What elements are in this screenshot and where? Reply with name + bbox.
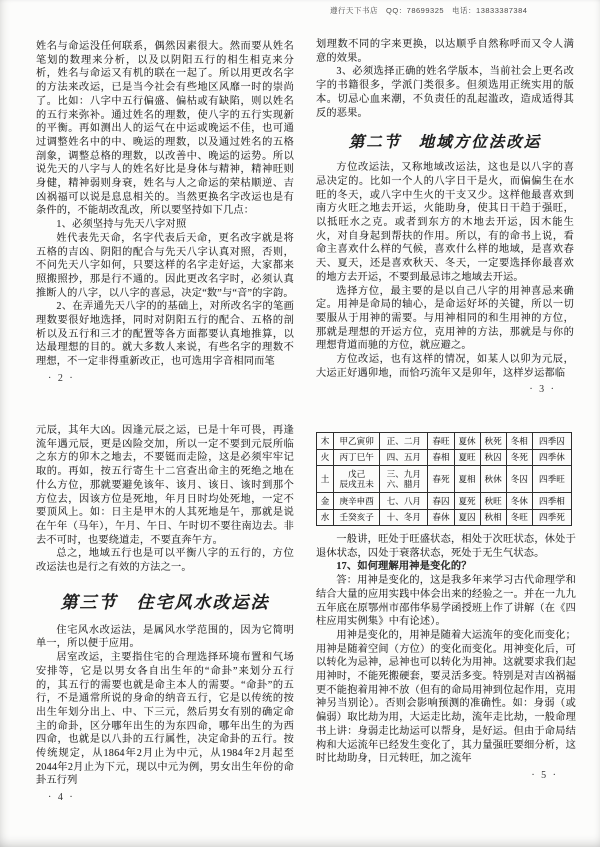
- table-cell: 四季相: [532, 493, 571, 510]
- body-paragraph: 2、在弄通先天八字的的基础上，对所改名字的笔画理数要很好地选择，同时对阴阳五行的…: [36, 300, 294, 369]
- table-row: 水 壬癸亥子 十、冬月 春休 夏囚 秋相 冬旺 四季死: [317, 509, 572, 526]
- table-cell: 戊己 辰戌丑未: [334, 466, 380, 493]
- table-cell: 秋休: [480, 466, 506, 493]
- table-cell: 木: [317, 433, 334, 450]
- scanned-book-spread: 遵行天下书店 QQ：78699325 电话：13833387384 姓名与命运没…: [0, 0, 600, 847]
- table-cell: 夏休: [454, 433, 480, 450]
- body-paragraph: 住宅风水改运法，是属风水学范围的，因为它简明单一，所以便于应用。: [36, 624, 294, 651]
- table-cell: 夏囚: [454, 509, 480, 526]
- table-cell: 秋相: [480, 509, 506, 526]
- body-paragraph: 总之，地域五行也是可以平衡八字的五行的，方位改运法也是行之有效的方法之一。: [36, 547, 294, 574]
- table-row: 木 甲乙寅卯 正、二月 春旺 夏休 秋死 冬相 四季囚: [317, 433, 572, 450]
- body-paragraph: 用神是变化的，用神是随着大运流年的变化而变化；用神是随着空间（方位）的变化而变化…: [316, 629, 576, 766]
- table-cell: 冬相: [506, 433, 532, 450]
- table-cell: 壬癸亥子: [334, 509, 380, 526]
- table-cell: 春囚: [428, 493, 454, 510]
- table-cell: 四、五月: [380, 449, 428, 466]
- page-number: · 5 ·: [316, 770, 576, 781]
- table-cell: 甲乙寅卯: [334, 433, 380, 450]
- table-cell: 土: [317, 466, 334, 493]
- table-cell: 十、冬月: [380, 509, 428, 526]
- body-paragraph: 姓名与命运没任何联系，偶然因素很大。然而要从姓名笔划的数理来分析，以及以阴阳五行…: [36, 40, 294, 218]
- table-cell: 四季死: [532, 509, 571, 526]
- body-paragraph: 元辰，其年大凶。因逢元辰之运，已是十年可畏，再逢流年遇元辰，更是凶险交加，所以一…: [36, 424, 294, 547]
- table-cell: 正、二月: [380, 433, 428, 450]
- table-cell: 春相: [428, 449, 454, 466]
- body-paragraph: 选择方位，最主要的是以自己八字的用神喜忌来确定。用神是命局的轴心，是命运好坏的关…: [316, 285, 574, 354]
- body-paragraph: 一般讲，旺处于旺盛状态，相处于次旺状态，休处于退休状态，囚处于衰落状态，死处于无…: [316, 533, 576, 560]
- page-4-fragment: 元辰，其年大凶。因逢元辰之运，已是十年可畏，再逢流年遇元辰，更是凶险交加，所以一…: [36, 424, 294, 803]
- table-cell: 丙丁巳午: [334, 449, 380, 466]
- body-paragraph: 划理数不同的字来更换，以达顺乎自然称呼而又令人满意的效果。: [316, 38, 574, 65]
- table-cell: 秋囚: [480, 449, 506, 466]
- table-cell: 水: [317, 509, 334, 526]
- body-paragraph: 方位改运法，又称地域改运法，这也是以八字的喜忌决定的。比如一个人的八字日干是火，…: [316, 161, 574, 284]
- body-paragraph: 答：用神是变化的，这是我多年来学习古代命理学和结合大量的应用实践中体会出来的经验…: [316, 574, 576, 629]
- table-cell: 三、九月 六、腊月: [380, 466, 428, 493]
- table-cell: 秋旺: [480, 493, 506, 510]
- table-cell: 庚辛申酉: [334, 493, 380, 510]
- table-row: 土 戊己 辰戌丑未 三、九月 六、腊月 春死 夏相 秋休 冬囚 四季旺: [317, 466, 572, 493]
- table-cell: 冬死: [506, 449, 532, 466]
- page-3-fragment: 划理数不同的字来更换，以达顺乎自然称呼而又令人满意的效果。 3、必须选择正确的姓…: [316, 38, 574, 395]
- body-paragraph: 方位改运，也有这样的情况，如某人以卯为元辰，大运正好遇卯地，而恰巧流年又是卯年，…: [316, 353, 574, 380]
- section-heading: 第三节 住宅风水改运法: [36, 588, 294, 613]
- table-cell: 夏死: [454, 493, 480, 510]
- table-row: 火 丙丁巳午 四、五月 春相 夏旺 秋囚 冬死 四季休: [317, 449, 572, 466]
- page-number: · 2 ·: [36, 373, 294, 384]
- table-cell: 春旺: [428, 433, 454, 450]
- table-cell: 冬休: [506, 493, 532, 510]
- table-cell: 冬囚: [506, 466, 532, 493]
- page-number: · 4 ·: [36, 792, 294, 803]
- section-heading: 第二节 地域方位法改运: [316, 130, 574, 152]
- table-cell: 冬旺: [506, 509, 532, 526]
- table-row: 金 庚辛申酉 七、八月 春囚 夏死 秋旺 冬休 四季相: [317, 493, 572, 510]
- question-heading: 17、如何理解用神是变化的？: [316, 560, 576, 574]
- page-2-fragment: 姓名与命运没任何联系，偶然因素很大。然而要从姓名笔划的数理来分析，以及以阴阳五行…: [36, 40, 294, 384]
- table-cell: 火: [317, 449, 334, 466]
- header-contact-info: 遵行天下书店 QQ：78699325 电话：13833387384: [330, 5, 527, 16]
- body-paragraph: 居室改运，主要指住宅的合理选择环境布置和气场安排等，它是以男女各自出生年的“命卦…: [36, 651, 294, 788]
- numbered-point: 3、必须选择正确的姓名学版本，当前社会上更名改字的书籍很多，学派门类很多。但须选…: [316, 65, 574, 120]
- table-cell: 四季旺: [532, 466, 571, 493]
- table-cell: 七、八月: [380, 493, 428, 510]
- table-cell: 春死: [428, 466, 454, 493]
- table-cell: 四季囚: [532, 433, 571, 450]
- table-cell: 四季休: [532, 449, 571, 466]
- page-number: · 3 ·: [316, 384, 574, 395]
- table-cell: 春休: [428, 509, 454, 526]
- numbered-point: 1、必须坚持与先天八字对照: [36, 218, 294, 232]
- table-cell: 夏旺: [454, 449, 480, 466]
- table-cell: 金: [317, 493, 334, 510]
- table-cell: 秋死: [480, 433, 506, 450]
- page-5-fragment: 木 甲乙寅卯 正、二月 春旺 夏休 秋死 冬相 四季囚 火 丙丁巳午 四、五月 …: [316, 432, 576, 781]
- table-cell: 夏相: [454, 466, 480, 493]
- body-paragraph: 姓代表先天命，名字代表后天命，更名改字就是将五格的吉凶、阴阳的配合与先天八字认真…: [36, 232, 294, 301]
- wuxing-season-table: 木 甲乙寅卯 正、二月 春旺 夏休 秋死 冬相 四季囚 火 丙丁巳午 四、五月 …: [316, 432, 572, 526]
